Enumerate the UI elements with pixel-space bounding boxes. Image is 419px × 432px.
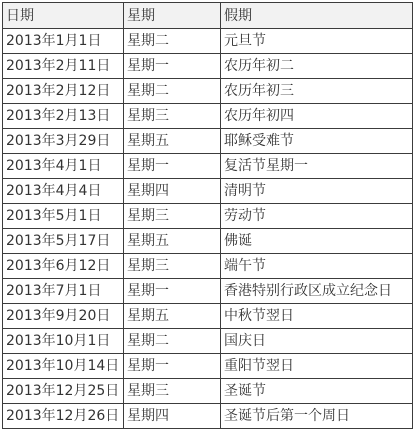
holiday-cell: 佛诞 bbox=[221, 229, 413, 254]
date-cell: 2013年4月4日 bbox=[3, 179, 124, 204]
weekday-cell: 星期三 bbox=[124, 204, 221, 229]
holiday-cell: 复活节星期一 bbox=[221, 154, 413, 179]
table-row: 2013年7月1日星期一香港特别行政区成立纪念日 bbox=[3, 279, 413, 304]
holiday-cell: 国庆日 bbox=[221, 329, 413, 354]
date-cell: 2013年4月1日 bbox=[3, 154, 124, 179]
holiday-cell: 农历年初二 bbox=[221, 54, 413, 79]
date-cell: 2013年9月20日 bbox=[3, 304, 124, 329]
table-row: 2013年12月25日星期三圣诞节 bbox=[3, 379, 413, 404]
weekday-cell: 星期三 bbox=[124, 254, 221, 279]
date-cell: 2013年2月12日 bbox=[3, 79, 124, 104]
weekday-cell: 星期一 bbox=[124, 279, 221, 304]
weekday-cell: 星期五 bbox=[124, 129, 221, 154]
holiday-cell: 劳动节 bbox=[221, 204, 413, 229]
table-row: 2013年4月1日星期一复活节星期一 bbox=[3, 154, 413, 179]
holiday-cell: 农历年初四 bbox=[221, 104, 413, 129]
holiday-cell: 圣诞节后第一个周日 bbox=[221, 404, 413, 429]
weekday-cell: 星期一 bbox=[124, 54, 221, 79]
holiday-cell: 圣诞节 bbox=[221, 379, 413, 404]
date-cell: 2013年12月25日 bbox=[3, 379, 124, 404]
table-row: 2013年1月1日星期二元旦节 bbox=[3, 29, 413, 54]
table-row: 2013年10月14日星期一重阳节翌日 bbox=[3, 354, 413, 379]
table-row: 2013年3月29日星期五耶稣受难节 bbox=[3, 129, 413, 154]
table-row: 2013年4月4日星期四清明节 bbox=[3, 179, 413, 204]
holiday-cell: 清明节 bbox=[221, 179, 413, 204]
table-row: 2013年10月1日星期二国庆日 bbox=[3, 329, 413, 354]
date-cell: 2013年12月26日 bbox=[3, 404, 124, 429]
holiday-cell: 香港特别行政区成立纪念日 bbox=[221, 279, 413, 304]
date-cell: 2013年6月12日 bbox=[3, 254, 124, 279]
table-row: 2013年12月26日星期四圣诞节后第一个周日 bbox=[3, 404, 413, 429]
table-body: 2013年1月1日星期二元旦节2013年2月11日星期一农历年初二2013年2月… bbox=[3, 29, 413, 429]
table-row: 2013年2月13日星期三农历年初四 bbox=[3, 104, 413, 129]
table-row: 2013年6月12日星期三端午节 bbox=[3, 254, 413, 279]
date-cell: 2013年5月17日 bbox=[3, 229, 124, 254]
holiday-cell: 重阳节翌日 bbox=[221, 354, 413, 379]
holiday-cell: 农历年初三 bbox=[221, 79, 413, 104]
holiday-cell: 端午节 bbox=[221, 254, 413, 279]
table-row: 2013年5月1日星期三劳动节 bbox=[3, 204, 413, 229]
weekday-cell: 星期一 bbox=[124, 154, 221, 179]
column-header-holiday: 假期 bbox=[221, 3, 413, 29]
table-row: 2013年2月11日星期一农历年初二 bbox=[3, 54, 413, 79]
weekday-cell: 星期一 bbox=[124, 354, 221, 379]
table-row: 2013年9月20日星期五中秋节翌日 bbox=[3, 304, 413, 329]
weekday-cell: 星期四 bbox=[124, 404, 221, 429]
weekday-cell: 星期二 bbox=[124, 329, 221, 354]
header-row: 日期星期假期 bbox=[3, 3, 413, 29]
weekday-cell: 星期二 bbox=[124, 79, 221, 104]
holiday-cell: 元旦节 bbox=[221, 29, 413, 54]
date-cell: 2013年10月1日 bbox=[3, 329, 124, 354]
weekday-cell: 星期三 bbox=[124, 379, 221, 404]
holiday-table: 日期星期假期 2013年1月1日星期二元旦节2013年2月11日星期一农历年初二… bbox=[2, 2, 413, 429]
date-cell: 2013年10月14日 bbox=[3, 354, 124, 379]
date-cell: 2013年3月29日 bbox=[3, 129, 124, 154]
holiday-cell: 耶稣受难节 bbox=[221, 129, 413, 154]
weekday-cell: 星期三 bbox=[124, 104, 221, 129]
date-cell: 2013年1月1日 bbox=[3, 29, 124, 54]
holiday-cell: 中秋节翌日 bbox=[221, 304, 413, 329]
column-header-date: 日期 bbox=[3, 3, 124, 29]
weekday-cell: 星期四 bbox=[124, 179, 221, 204]
date-cell: 2013年2月11日 bbox=[3, 54, 124, 79]
column-header-weekday: 星期 bbox=[124, 3, 221, 29]
table-row: 2013年5月17日星期五佛诞 bbox=[3, 229, 413, 254]
date-cell: 2013年7月1日 bbox=[3, 279, 124, 304]
weekday-cell: 星期二 bbox=[124, 29, 221, 54]
date-cell: 2013年2月13日 bbox=[3, 104, 124, 129]
date-cell: 2013年5月1日 bbox=[3, 204, 124, 229]
weekday-cell: 星期五 bbox=[124, 304, 221, 329]
weekday-cell: 星期五 bbox=[124, 229, 221, 254]
table-row: 2013年2月12日星期二农历年初三 bbox=[3, 79, 413, 104]
